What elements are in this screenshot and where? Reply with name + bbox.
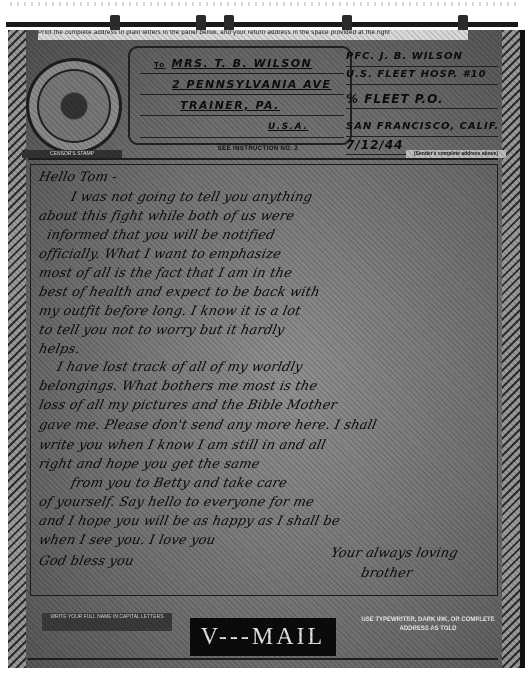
sender-name: PFC. J. B. WILSON: [346, 48, 498, 67]
footer-instruction-left: WRITE YOUR FULL NAME IN CAPITAL LETTERS: [42, 613, 172, 631]
letter-body: Hello Tom - I was not going to tell you …: [30, 164, 498, 596]
left-hatched-border: [8, 30, 26, 668]
vmail-logo: V---MAIL: [190, 618, 336, 656]
letter-line: gave me. Please don't send any more here…: [37, 415, 494, 437]
vmail-sheet: Print the complete address in plain lett…: [8, 30, 525, 668]
scan-margin-top: [0, 0, 530, 30]
print-instruction: Print the complete address in plain lett…: [38, 30, 468, 40]
recipient-city-state: TRAINER, PA.: [140, 96, 344, 116]
footer-right-line2: ADDRESS AS TOLD: [358, 625, 498, 634]
letter-closing: Your always loving: [329, 543, 494, 565]
censor-stamp-label: CENSOR'S STAMP: [22, 150, 122, 158]
footer-divider: [28, 658, 498, 660]
letter-signature: brother: [359, 563, 494, 585]
recipient-street: 2 PENNSYLVANIA AVE: [140, 75, 344, 95]
scan-noise: [10, 2, 520, 6]
see-instruction-label: SEE INSTRUCTION NO. 2: [188, 146, 328, 152]
recipient-name-line: ToMRS. T. B. WILSON: [140, 54, 344, 74]
letter-line: Hello Tom -: [37, 167, 494, 189]
sender-unit: U.S. FLEET HOSP. #10: [346, 66, 498, 85]
sender-post-office: % FLEET P.O.: [346, 90, 498, 109]
war-department-seal-icon: [26, 58, 122, 154]
footer-right-line1: USE TYPEWRITER, DARK INK, OR COMPLETE: [358, 616, 498, 625]
sender-address-panel: PFC. J. B. WILSON U.S. FLEET HOSP. #10 %…: [346, 42, 498, 160]
recipient-address-panel: ToMRS. T. B. WILSON 2 PENNSYLVANIA AVE T…: [128, 46, 352, 145]
sender-address-note: (Sender's complete address above): [406, 150, 506, 158]
footer-instruction-right: USE TYPEWRITER, DARK INK, OR COMPLETE AD…: [358, 616, 498, 634]
recipient-country: U.S.A.: [140, 118, 344, 138]
header-divider: [28, 158, 498, 160]
top-binding-rule: [6, 22, 518, 27]
right-hatched-border: [502, 30, 520, 668]
to-prefix: To: [154, 61, 166, 69]
recipient-name: MRS. T. B. WILSON: [172, 57, 313, 70]
letter-line: loss of all my pictures and the Bible Mo…: [37, 395, 494, 417]
sender-city: SAN FRANCISCO, CALIF.: [346, 118, 498, 137]
